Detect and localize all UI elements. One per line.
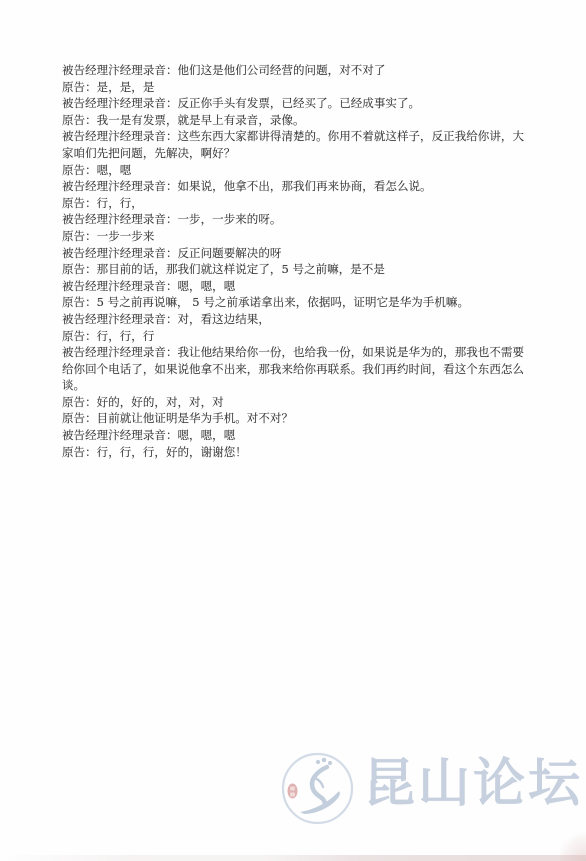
transcript-line: 原告：行，行， [62, 195, 532, 212]
transcript-line: 被告经理汴经理录音：嗯，嗯，嗯 [62, 278, 532, 295]
transcript-line: 被告经理汴经理录音：反正你手头有发票，已经买了。已经成事实了。 [62, 95, 532, 112]
transcript-line: 被告经理汴经理录音：这些东西大家都讲得清楚的。你用不着就这样子，反正我给你讲，大 [62, 128, 532, 145]
watermark-text: 昆山论坛 [363, 758, 583, 810]
transcript-line: 给你回个电话了，如果说他拿不出来，那我来给你再联系。我们再约时间，看这个东西怎么 [62, 361, 532, 378]
scan-bottom-edge-artifact [0, 855, 586, 861]
kunshan-forum-logo-icon [281, 752, 354, 825]
transcript-line: 原告：行，行，行 [62, 328, 532, 345]
transcript-line: 谈。 [62, 377, 532, 394]
scanned-document-page: 被告经理汴经理录音：他们这是他们公司经营的问题，对不对了 原告：是，是，是 被告… [0, 0, 586, 861]
transcript-line: 家咱们先把问题，先解决，啊好？ [62, 145, 532, 162]
transcript-line: 原告：嗯，嗯 [62, 162, 532, 179]
transcript-line: 被告经理汴经理录音：如果说，他拿不出，那我们再来协商，看怎么说。 [62, 178, 532, 195]
transcript-line: 被告经理汴经理录音：反正问题要解决的呀 [62, 245, 532, 262]
transcript-line: 原告：好的，好的，对，对，对 [62, 394, 532, 411]
watermark: 昆山论坛 [281, 750, 581, 830]
transcript-line: 原告：目前就让他证明是华为手机。对不对？ [62, 410, 532, 427]
transcript-line: 原告：一步一步来 [62, 228, 532, 245]
transcript-line: 被告经理汴经理录音：对，看这边结果， [62, 311, 532, 328]
transcript-line: 被告经理汴经理录音：我让他结果给你一份，也给我一份，如果说是华为的，那我也不需要 [62, 344, 532, 361]
transcript-line: 原告：我一是有发票，就是早上有录音，录像。 [62, 112, 532, 129]
transcript-line: 原告：是，是，是 [62, 79, 532, 96]
transcript-line: 原告：5 号之前再说嘛， 5 号之前承诺拿出来，依据吗，证明它是华为手机嘛。 [62, 294, 532, 311]
transcript-line: 被告经理汴经理录音：他们这是他们公司经营的问题，对不对了 [62, 62, 532, 79]
scan-corner-artifact [560, 831, 586, 861]
transcript-line: 原告：行，行，行，好的，谢谢您！ [62, 444, 532, 461]
transcript-line: 被告经理汴经理录音：嗯，嗯，嗯 [62, 427, 532, 444]
transcript-text-block: 被告经理汴经理录音：他们这是他们公司经营的问题，对不对了 原告：是，是，是 被告… [62, 62, 532, 460]
transcript-line: 原告：那目前的话，那我们就这样说定了，5 号之前嘛，是不是 [62, 261, 532, 278]
transcript-line: 被告经理汴经理录音：一步，一步来的呀。 [62, 211, 532, 228]
